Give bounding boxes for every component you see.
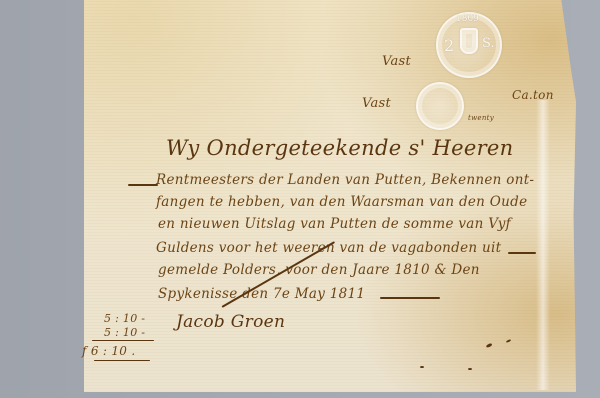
- tally-rule: [92, 340, 154, 341]
- tally-underline: [94, 360, 150, 361]
- signature: Jacob Groen: [176, 312, 285, 332]
- ink-spot: [420, 366, 424, 368]
- document-line-6: Spykenisse den 7e May 1811: [158, 286, 365, 302]
- marginal-note-right: Ca.ton: [512, 88, 554, 102]
- ink-spot: [468, 368, 472, 370]
- document-line-5: gemelde Polders, voor den Jaare 1810 & D…: [158, 262, 480, 278]
- crest-icon: [460, 28, 478, 54]
- tally-row-2: 5 : 10 -: [104, 326, 145, 339]
- line-end-flourish: [508, 252, 536, 254]
- tally-total: f 6 : 10 .: [82, 344, 135, 358]
- stamp-year: 1809: [456, 14, 479, 24]
- stamp-denomination-right: S.: [482, 36, 495, 51]
- embossed-stamp-secondary: [416, 82, 464, 130]
- document-line-1: Rentmeesters der Landen van Putten, Beke…: [156, 172, 534, 188]
- document-line-4: Guldens voor het weeren van de vagabonde…: [156, 240, 501, 256]
- lead-in-stroke: [128, 184, 158, 186]
- paper-fold: [536, 100, 550, 390]
- tally-row-1: 5 : 10 -: [104, 312, 145, 325]
- date-underline: [380, 297, 440, 299]
- marginal-note-1: Vast: [382, 54, 411, 69]
- document-heading: Wy Ondergeteekende s' Heeren: [166, 136, 514, 160]
- document-line-2: fangen te hebben, van den Waarsman van d…: [156, 194, 527, 210]
- marginal-note-small: twenty: [468, 114, 494, 122]
- stamp-denomination-left: 2: [444, 36, 454, 55]
- document-line-3: en nieuwen Uitslag van Putten de somme v…: [158, 216, 511, 232]
- marginal-note-2: Vast: [362, 96, 391, 111]
